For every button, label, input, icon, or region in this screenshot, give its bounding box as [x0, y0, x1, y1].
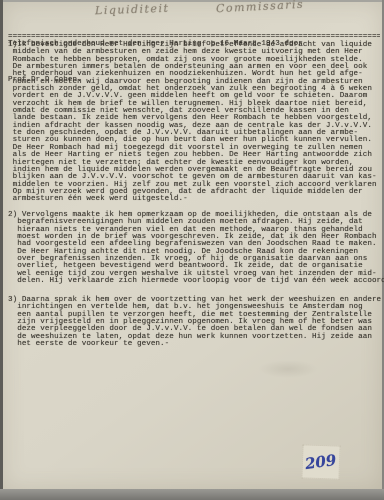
paragraph-3: 3) Daarna sprak ik hem over de voortzett… [8, 297, 381, 348]
typewritten-page: Liquiditeit Commissaris Telefonisch onde… [3, 2, 382, 489]
separator-line: ========================================… [8, 34, 380, 41]
archive-label: 209 [301, 444, 340, 479]
scan-edge-bottom [0, 489, 384, 500]
handwritten-note-right: Commissaris [216, 0, 305, 15]
paragraph-1: 1)Ik bevestigde den Heer Harting zijn br… [8, 42, 377, 204]
archive-number: 209 [304, 451, 338, 473]
document-scan: Liquiditeit Commissaris Telefonisch onde… [0, 0, 384, 500]
paper-smudge [258, 360, 318, 378]
paragraph-2: 2) Vervolgens maakte ik hem opmerkzaam o… [8, 212, 384, 285]
